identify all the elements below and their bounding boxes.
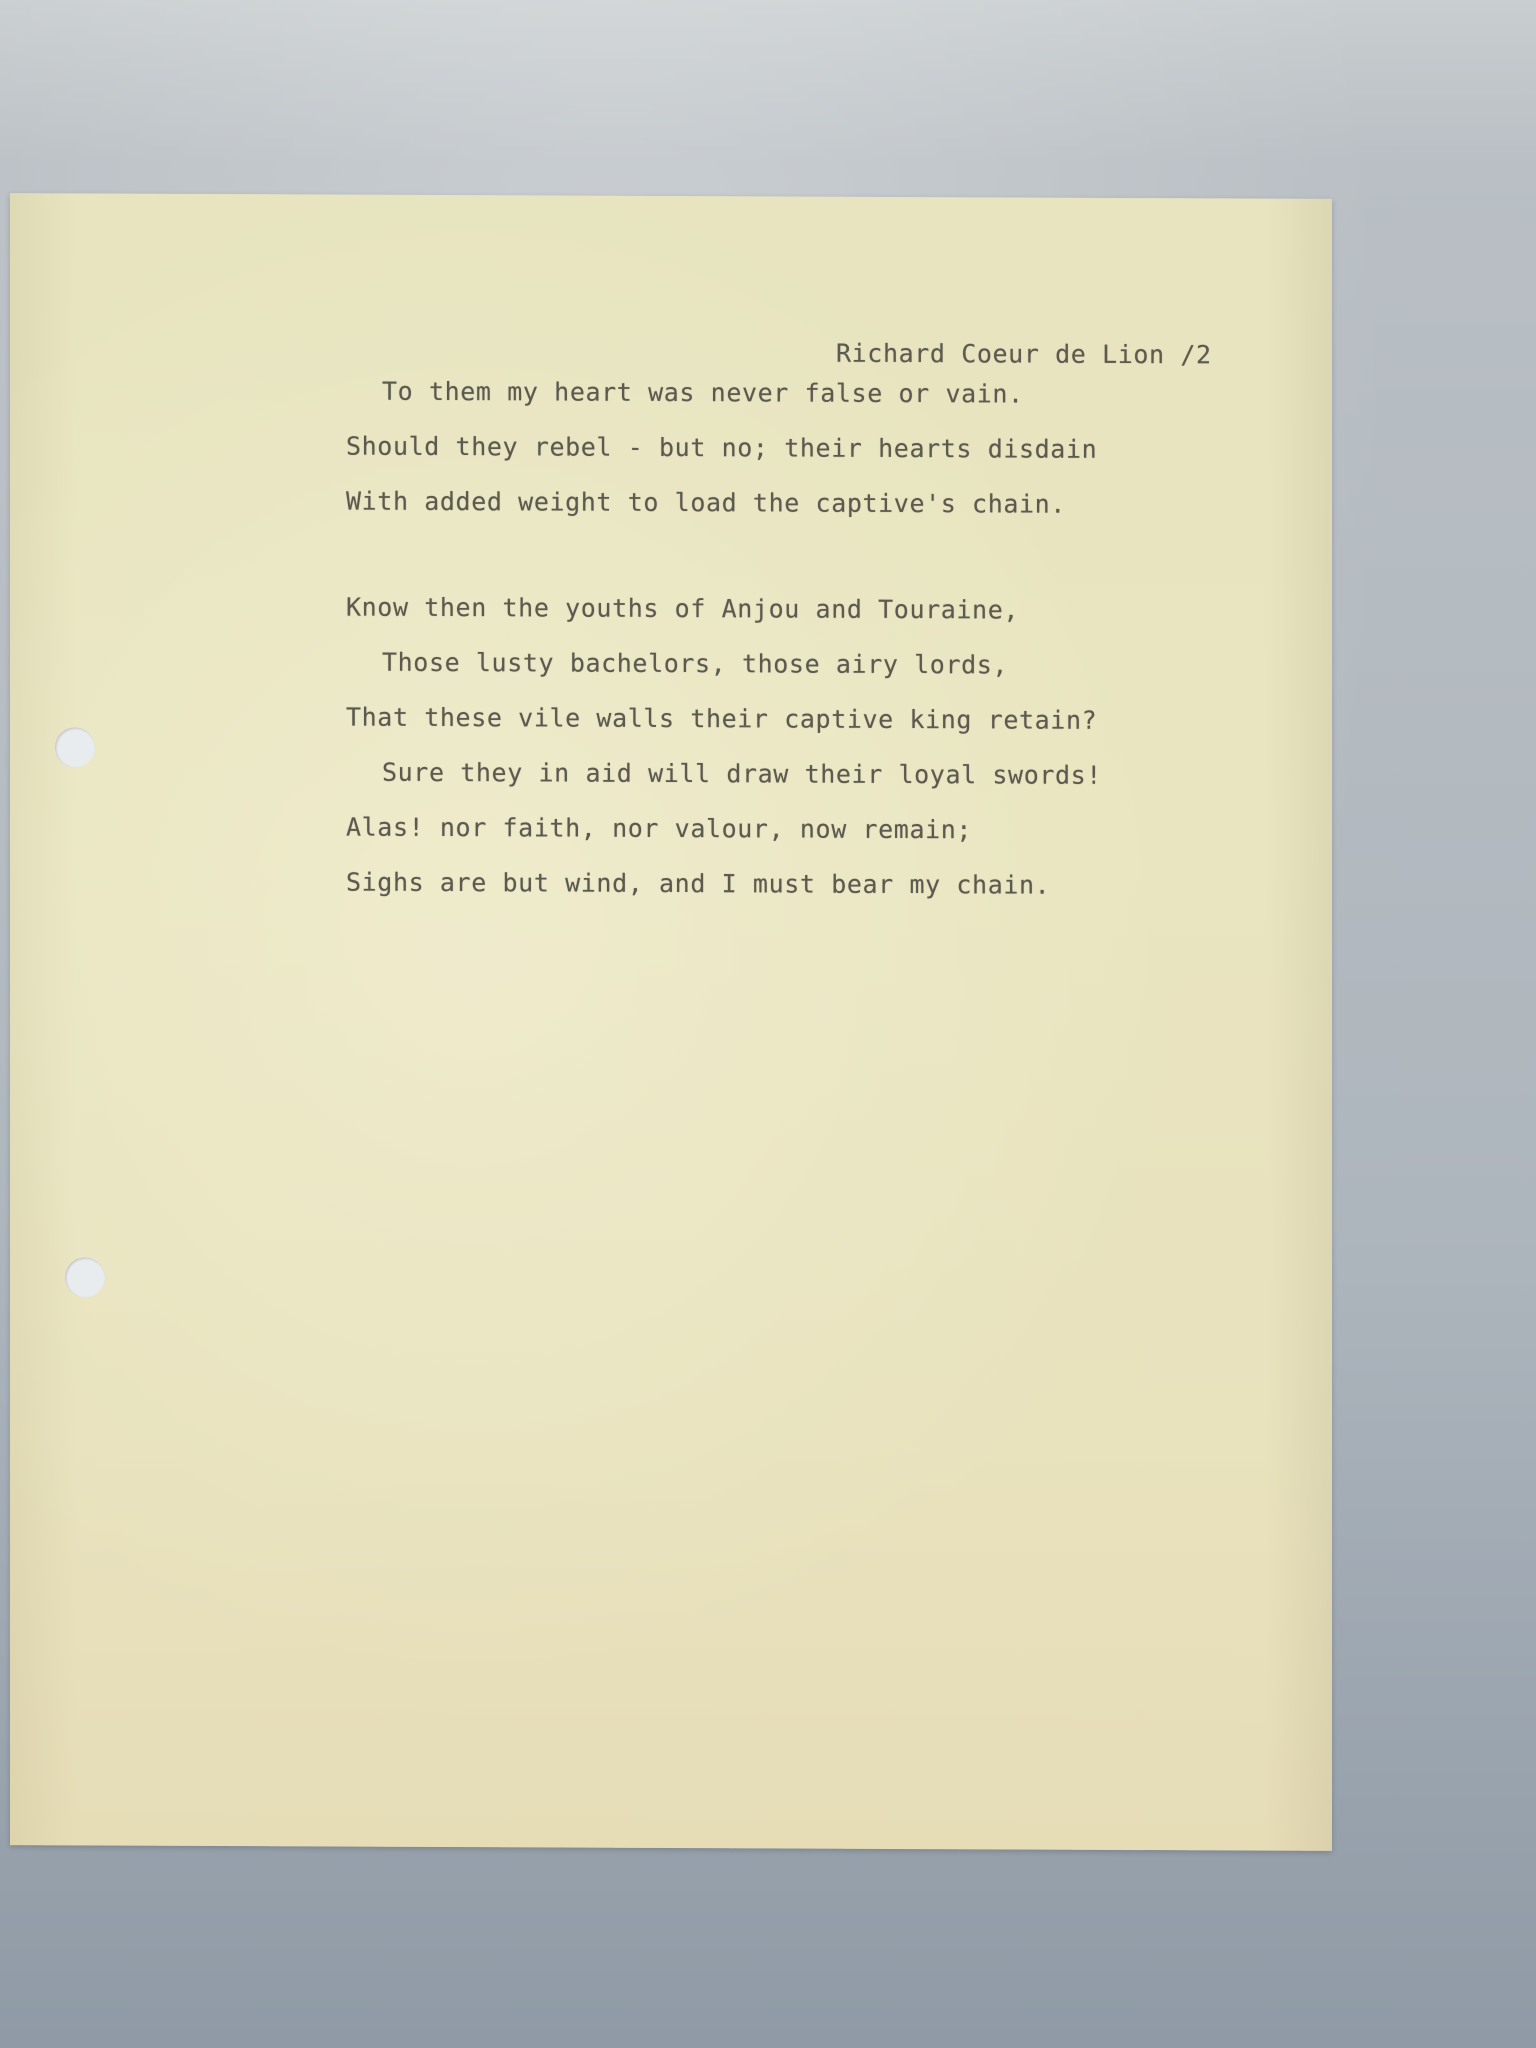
poem-line: With added weight to load the captive's … bbox=[346, 487, 1066, 519]
poem-line: That these vile walls their captive king… bbox=[346, 703, 1097, 735]
punch-hole bbox=[65, 1257, 105, 1297]
poem-line: Sighs are but wind, and I must bear my c… bbox=[346, 868, 1050, 900]
poem-line: Sure they in aid will draw their loyal s… bbox=[346, 758, 1102, 790]
poem-line: To them my heart was never false or vain… bbox=[346, 377, 1024, 409]
typewritten-page: Richard Coeur de Lion /2 To them my hear… bbox=[10, 193, 1332, 1851]
poem-line: Should they rebel - but no; their hearts… bbox=[346, 432, 1097, 464]
punch-hole bbox=[55, 727, 95, 767]
poem-line: Alas! nor faith, nor valour, now remain; bbox=[346, 813, 972, 845]
page-header: Richard Coeur de Lion /2 bbox=[836, 339, 1212, 370]
poem-line: Know then the youths of Anjou and Tourai… bbox=[346, 593, 1019, 625]
poem-line: Those lusty bachelors, those airy lords, bbox=[346, 648, 1008, 680]
